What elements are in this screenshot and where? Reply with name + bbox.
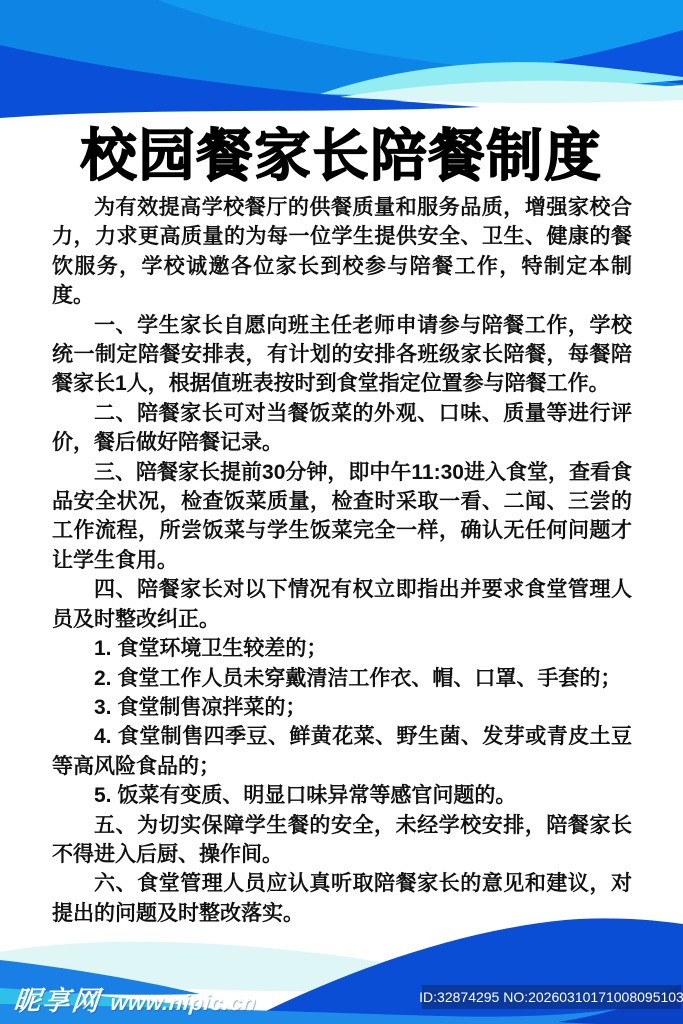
body-paragraph: 2. 食堂工作人员未穿戴清洁工作衣、帽、口罩、手套的；: [52, 664, 632, 693]
watermark-site-url: www.nipic.cn: [109, 990, 257, 1016]
body-paragraph: 一、学生家长自愿向班主任老师申请参与陪餐工作，学校统一制定陪餐安排表，有计划的安…: [52, 311, 632, 399]
body-paragraph: 三、陪餐家长提前30分钟，即中午11:30进入食堂，查看食品安全状况，检查饭菜质…: [52, 458, 632, 576]
body-paragraph: 4. 食堂制售四季豆、鲜黄花菜、野生菌、发芽或青皮土豆等高风险食品的；: [52, 722, 632, 781]
body-paragraph: 二、陪餐家长可对当餐饭菜的外观、口味、质量等进行评价，餐后做好陪餐记录。: [52, 399, 632, 458]
image-id-badge: ID:32874295 NO:20260310171008095103: [422, 985, 681, 1009]
watermark: 昵享网 www.nipic.cn: [12, 979, 259, 1018]
body-paragraph: 3. 食堂制售凉拌菜的；: [52, 693, 632, 722]
body-paragraph: 四、陪餐家长对以下情况有权立即指出并要求食堂管理人员及时整改纠正。: [52, 575, 632, 634]
poster-page: 校园餐家长陪餐制度 为有效提高学校餐厅的供餐质量和服务品质，增强家校合力，力求更…: [0, 0, 683, 1024]
page-title: 校园餐家长陪餐制度: [0, 112, 683, 192]
document-body: 为有效提高学校餐厅的供餐质量和服务品质，增强家校合力，力求更高质量的为每一位学生…: [52, 193, 632, 928]
body-paragraph: 为有效提高学校餐厅的供餐质量和服务品质，增强家校合力，力求更高质量的为每一位学生…: [52, 193, 632, 311]
watermark-site-name: 昵享网: [12, 979, 103, 1018]
body-paragraph: 5. 饭菜有变质、明显口味异常等感官问题的。: [52, 781, 632, 810]
body-paragraph: 1. 食堂环境卫生较差的；: [52, 634, 632, 663]
